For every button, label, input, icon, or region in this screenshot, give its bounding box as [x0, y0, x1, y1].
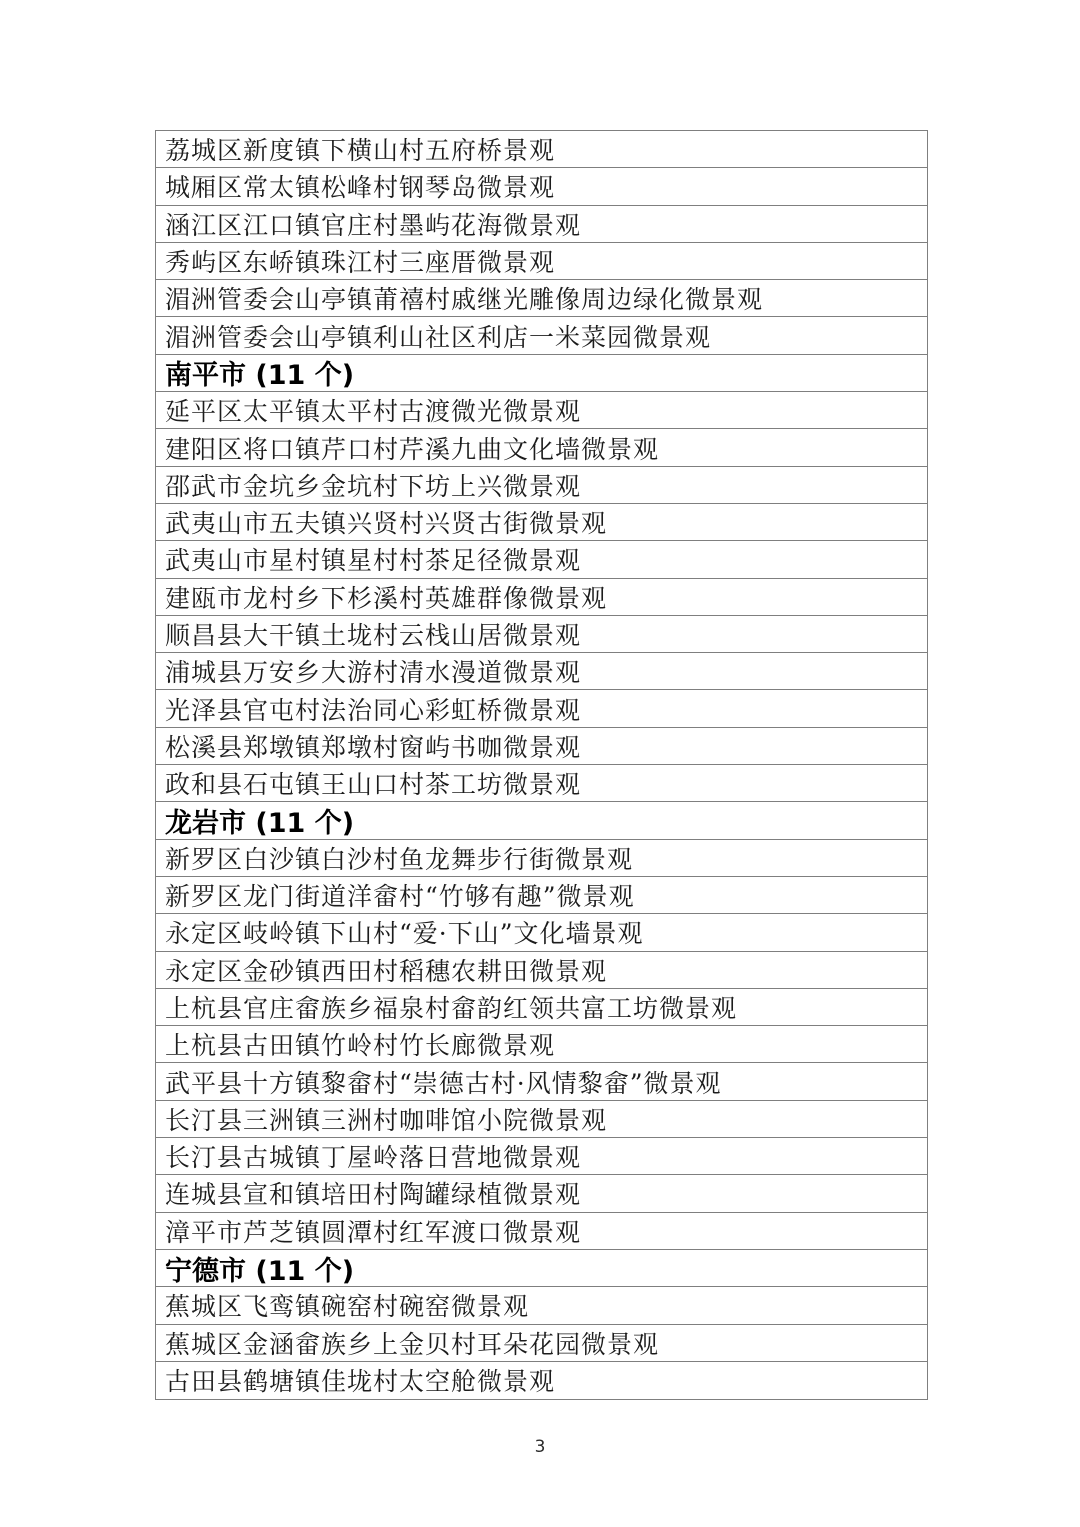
spot-name: 永定区金砂镇西田村稻穗农耕田微景观 [165, 952, 607, 988]
section-header-row-nanping: 南平市 (11 个) [156, 355, 927, 392]
section-header-label: 南平市 (11 个) [165, 355, 354, 392]
table-row: 顺昌县大干镇土垅村云栈山居微景观 [156, 616, 927, 653]
spot-name: 武夷山市五夫镇兴贤村兴贤古街微景观 [165, 504, 607, 540]
table-row: 新罗区龙门街道洋畲村“竹够有趣”微景观 [156, 877, 927, 914]
table-row: 建瓯市龙村乡下杉溪村英雄群像微景观 [156, 579, 927, 616]
spot-name: 建阳区将口镇芹口村芹溪九曲文化墙微景观 [165, 430, 659, 466]
table-row: 上杭县官庄畲族乡福泉村畲韵红领共富工坊微景观 [156, 989, 927, 1026]
table-row: 建阳区将口镇芹口村芹溪九曲文化墙微景观 [156, 429, 927, 466]
table-row: 蕉城区飞鸾镇碗窑村碗窑微景观 [156, 1287, 927, 1324]
table-row: 蕉城区金涵畲族乡上金贝村耳朵花园微景观 [156, 1325, 927, 1362]
page-number: 3 [0, 1437, 1080, 1457]
spot-name: 漳平市芦芝镇圆潭村红军渡口微景观 [165, 1213, 581, 1249]
spot-name: 湄洲管委会山亭镇利山社区利店一米菜园微景观 [165, 318, 711, 354]
spot-name: 顺昌县大干镇土垅村云栈山居微景观 [165, 616, 581, 652]
table-row: 城厢区常太镇松峰村钢琴岛微景观 [156, 168, 927, 205]
table-row: 湄洲管委会山亭镇利山社区利店一米菜园微景观 [156, 317, 927, 354]
table-row: 长汀县三洲镇三洲村咖啡馆小院微景观 [156, 1101, 927, 1138]
spot-name: 蕉城区金涵畲族乡上金贝村耳朵花园微景观 [165, 1325, 659, 1361]
table-row: 浦城县万安乡大游村清水漫道微景观 [156, 653, 927, 690]
section-header-label: 龙岩市 (11 个) [165, 802, 354, 839]
spot-name: 涵江区江口镇官庄村墨屿花海微景观 [165, 206, 581, 242]
spot-name: 永定区岐岭镇下山村“爱·下山”文化墙景观 [165, 914, 644, 950]
document-page: { "page": { "number": "3" }, "table": { … [0, 0, 1080, 1527]
section-header-label: 宁德市 (11 个) [165, 1250, 354, 1287]
table-row: 涵江区江口镇官庄村墨屿花海微景观 [156, 206, 927, 243]
spot-name: 城厢区常太镇松峰村钢琴岛微景观 [165, 168, 555, 204]
section-header-row-ningde: 宁德市 (11 个) [156, 1250, 927, 1287]
spot-name: 光泽县官屯村法治同心彩虹桥微景观 [165, 691, 581, 727]
table-row: 荔城区新度镇下横山村五府桥景观 [156, 131, 927, 168]
spot-name: 秀屿区东峤镇珠江村三座厝微景观 [165, 243, 555, 279]
spot-name: 延平区太平镇太平村古渡微光微景观 [165, 392, 581, 428]
spot-name: 邵武市金坑乡金坑村下坊上兴微景观 [165, 467, 581, 503]
spot-name: 上杭县官庄畲族乡福泉村畲韵红领共富工坊微景观 [165, 989, 737, 1025]
spot-name: 武平县十方镇黎畲村“崇德古村·风情黎畲”微景观 [165, 1064, 722, 1100]
table-row: 松溪县郑墩镇郑墩村窗屿书咖微景观 [156, 728, 927, 765]
spot-name: 湄洲管委会山亭镇莆禧村戚继光雕像周边绿化微景观 [165, 280, 763, 316]
table-row: 漳平市芦芝镇圆潭村红军渡口微景观 [156, 1213, 927, 1250]
spot-name: 古田县鹤塘镇佳垅村太空舱微景观 [165, 1362, 555, 1398]
spot-name: 连城县宣和镇培田村陶罐绿植微景观 [165, 1175, 581, 1211]
table-row: 秀屿区东峤镇珠江村三座厝微景观 [156, 243, 927, 280]
table-row: 长汀县古城镇丁屋岭落日营地微景观 [156, 1138, 927, 1175]
spot-name: 荔城区新度镇下横山村五府桥景观 [165, 131, 555, 167]
table-row: 古田县鹤塘镇佳垅村太空舱微景观 [156, 1362, 927, 1399]
spot-name: 建瓯市龙村乡下杉溪村英雄群像微景观 [165, 579, 607, 615]
table-row: 新罗区白沙镇白沙村鱼龙舞步行街微景观 [156, 840, 927, 877]
spot-name: 松溪县郑墩镇郑墩村窗屿书咖微景观 [165, 728, 581, 764]
table-row: 光泽县官屯村法治同心彩虹桥微景观 [156, 690, 927, 727]
table-row: 湄洲管委会山亭镇莆禧村戚继光雕像周边绿化微景观 [156, 280, 927, 317]
spot-name: 新罗区龙门街道洋畲村“竹够有趣”微景观 [165, 877, 635, 913]
spot-name: 长汀县古城镇丁屋岭落日营地微景观 [165, 1138, 581, 1174]
spot-name: 新罗区白沙镇白沙村鱼龙舞步行街微景观 [165, 840, 633, 876]
table-row: 武平县十方镇黎畲村“崇德古村·风情黎畲”微景观 [156, 1063, 927, 1100]
table-row: 永定区岐岭镇下山村“爱·下山”文化墙景观 [156, 914, 927, 951]
table-row: 邵武市金坑乡金坑村下坊上兴微景观 [156, 467, 927, 504]
spot-name: 浦城县万安乡大游村清水漫道微景观 [165, 653, 581, 689]
table-row: 连城县宣和镇培田村陶罐绿植微景观 [156, 1175, 927, 1212]
table-row: 武夷山市五夫镇兴贤村兴贤古街微景观 [156, 504, 927, 541]
table-row: 永定区金砂镇西田村稻穗农耕田微景观 [156, 952, 927, 989]
table-row: 武夷山市星村镇星村村茶足径微景观 [156, 541, 927, 578]
table-row: 政和县石屯镇王山口村茶工坊微景观 [156, 765, 927, 802]
section-header-row-longyan: 龙岩市 (11 个) [156, 802, 927, 839]
spot-name: 蕉城区飞鸾镇碗窑村碗窑微景观 [165, 1287, 529, 1323]
spot-name: 上杭县古田镇竹岭村竹长廊微景观 [165, 1026, 555, 1062]
scenic-spots-table: 荔城区新度镇下横山村五府桥景观 城厢区常太镇松峰村钢琴岛微景观 涵江区江口镇官庄… [155, 130, 928, 1400]
table-row: 上杭县古田镇竹岭村竹长廊微景观 [156, 1026, 927, 1063]
spot-name: 政和县石屯镇王山口村茶工坊微景观 [165, 765, 581, 801]
spot-name: 武夷山市星村镇星村村茶足径微景观 [165, 541, 581, 577]
spot-name: 长汀县三洲镇三洲村咖啡馆小院微景观 [165, 1101, 607, 1137]
table-row: 延平区太平镇太平村古渡微光微景观 [156, 392, 927, 429]
